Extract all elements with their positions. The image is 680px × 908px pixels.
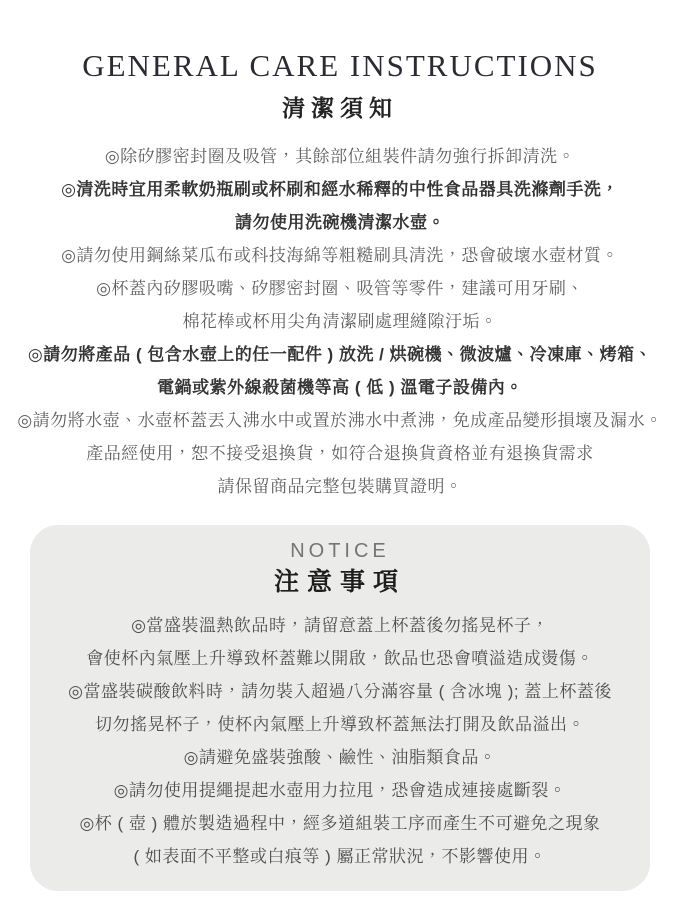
care-line: 請勿使用洗碗機清潔水壺。	[0, 206, 680, 239]
notice-title-chinese: 注意事項	[48, 565, 632, 599]
care-line: ◎請勿使用鋼絲菜瓜布或科技海綿等粗糙刷具清洗，恐會破壞水壺材質。	[0, 239, 680, 272]
notice-line: 切勿搖晃杯子，使杯內氣壓上升導致杯蓋無法打開及飲品溢出。	[48, 708, 632, 741]
care-line: 請保留商品完整包裝購買證明。	[0, 470, 680, 503]
notice-line: ◎當盛裝碳酸飲料時，請勿裝入超過八分滿容量 ( 含冰塊 ); 蓋上杯蓋後	[48, 675, 632, 708]
notice-line: ( 如表面不平整或白痕等 ) 屬正常狀況，不影響使用。	[48, 840, 632, 873]
care-line: 棉花棒或杯用尖角清潔刷處理縫隙汙垢。	[0, 305, 680, 338]
care-instructions-list: ◎除矽膠密封圈及吸管，其餘部位組裝件請勿強行拆卸清洗。 ◎清洗時宜用柔軟奶瓶刷或…	[0, 140, 680, 503]
notice-line: ◎請避免盛裝強酸、鹼性、油脂類食品。	[48, 741, 632, 774]
care-instructions-page: GENERAL CARE INSTRUCTIONS 清潔須知 ◎除矽膠密封圈及吸…	[0, 0, 680, 908]
notice-line: 會使杯內氣壓上升導致杯蓋難以開啟，飲品也恐會噴溢造成燙傷。	[48, 642, 632, 675]
notice-line: ◎請勿使用提繩提起水壺用力拉甩，恐會造成連接處斷裂。	[48, 774, 632, 807]
care-line: ◎除矽膠密封圈及吸管，其餘部位組裝件請勿強行拆卸清洗。	[0, 140, 680, 173]
notice-panel: NOTICE 注意事項 ◎當盛裝溫熱飲品時，請留意蓋上杯蓋後勿搖晃杯子， 會使杯…	[30, 525, 650, 891]
care-line: 電鍋或紫外線殺菌機等高 ( 低 ) 溫電子設備內。	[0, 371, 680, 404]
notice-line: ◎當盛裝溫熱飲品時，請留意蓋上杯蓋後勿搖晃杯子，	[48, 609, 632, 642]
care-line: 產品經使用，恕不接受退換貨，如符合退換貨資格並有退換貨需求	[0, 437, 680, 470]
page-title-chinese: 清潔須知	[0, 93, 680, 123]
notice-list: ◎當盛裝溫熱飲品時，請留意蓋上杯蓋後勿搖晃杯子， 會使杯內氣壓上升導致杯蓋難以開…	[48, 609, 632, 873]
notice-line: ◎杯 ( 壺 ) 體於製造過程中，經多道組裝工序而產生不可避免之現象	[48, 807, 632, 840]
notice-label-english: NOTICE	[48, 539, 632, 563]
care-line: ◎清洗時宜用柔軟奶瓶刷或杯刷和經水稀釋的中性食品器具洗滌劑手洗，	[0, 173, 680, 206]
page-title-english: GENERAL CARE INSTRUCTIONS	[0, 48, 680, 84]
care-line: ◎杯蓋內矽膠吸嘴、矽膠密封圈、吸管等零件，建議可用牙刷、	[0, 272, 680, 305]
care-line: ◎請勿將水壺、水壺杯蓋丟入沸水中或置於沸水中煮沸，免成產品變形損壞及漏水。	[0, 404, 680, 437]
care-line: ◎請勿將產品 ( 包含水壺上的任一配件 ) 放洗 / 烘碗機、微波爐、冷凍庫、烤…	[0, 338, 680, 371]
